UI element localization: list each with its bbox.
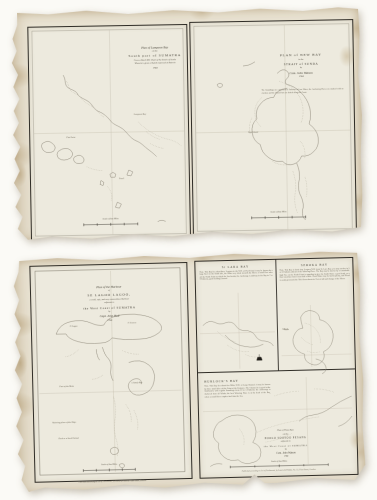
seroka-note: Note. This Bay is about four Leagues N.W…	[279, 268, 349, 283]
selagoo-label-lobe1: P. Lagoo	[70, 326, 78, 328]
seroka-rock-label: A Rock	[282, 329, 288, 331]
chart-sheet-bottom: Plan of the Harbour of SE LAGOO LAGOO, a…	[9, 250, 367, 497]
lampoon-title-date: 1784	[107, 65, 203, 71]
newbay-title-block: PLAN of NEW BAY in the STRAIT of SUNDA b…	[257, 52, 345, 80]
selagoo-title-block: Plan of the Harbour of SE LAGOO LAGOO, a…	[63, 284, 156, 324]
hurlocks-note: Note. This Bay lies about five Miles N.W…	[204, 384, 270, 399]
photo-backdrop: Plan of Lampoon Bay on the South part of…	[0, 0, 377, 500]
selagoo-label-lobe2: P. Soosoo	[128, 322, 137, 324]
paper-stain	[13, 161, 27, 187]
lampoon-label-island: Tree I.	[119, 178, 125, 180]
paper-stain	[12, 348, 28, 378]
lampoon-label-bay: Lampoon Bay	[134, 114, 146, 116]
newbay-island-label: New Island	[248, 132, 258, 134]
chart-sheet-top: Plan of Lampoon Bay on the South part of…	[8, 5, 364, 243]
stlara-note: Note. This Bay lies about three Leagues …	[200, 269, 273, 281]
chart-sheet-top-paper: Plan of Lampoon Bay on the South part of…	[8, 5, 364, 243]
selagoo-label-sandy: A Sandy Bay	[131, 382, 142, 384]
lampoon-title-block: Plan of Lampoon Bay on the South part of…	[107, 45, 203, 72]
selagoo-label-main: Part of the Main	[59, 386, 74, 388]
panel-new-bay: PLAN of NEW BAY in the STRAIT of SUNDA b…	[189, 19, 357, 236]
bays-titleblock: Plan of Three Bays on the POOLO SOOSOO P…	[247, 429, 324, 461]
panel-three-bays: St LARA BAY Note. This Bay lies about th…	[194, 257, 358, 479]
lampoon-label-point: Flat Point	[66, 137, 75, 139]
panel-se-lagoo-lagoo: Plan of the Harbour of SE LAGOO LAGOO, a…	[29, 262, 192, 483]
chart-sheet-bottom-paper: Plan of the Harbour of SE LAGOO LAGOO, a…	[9, 250, 367, 497]
panel-lampoon-bay: Plan of Lampoon Bay on the South part of…	[27, 24, 191, 241]
